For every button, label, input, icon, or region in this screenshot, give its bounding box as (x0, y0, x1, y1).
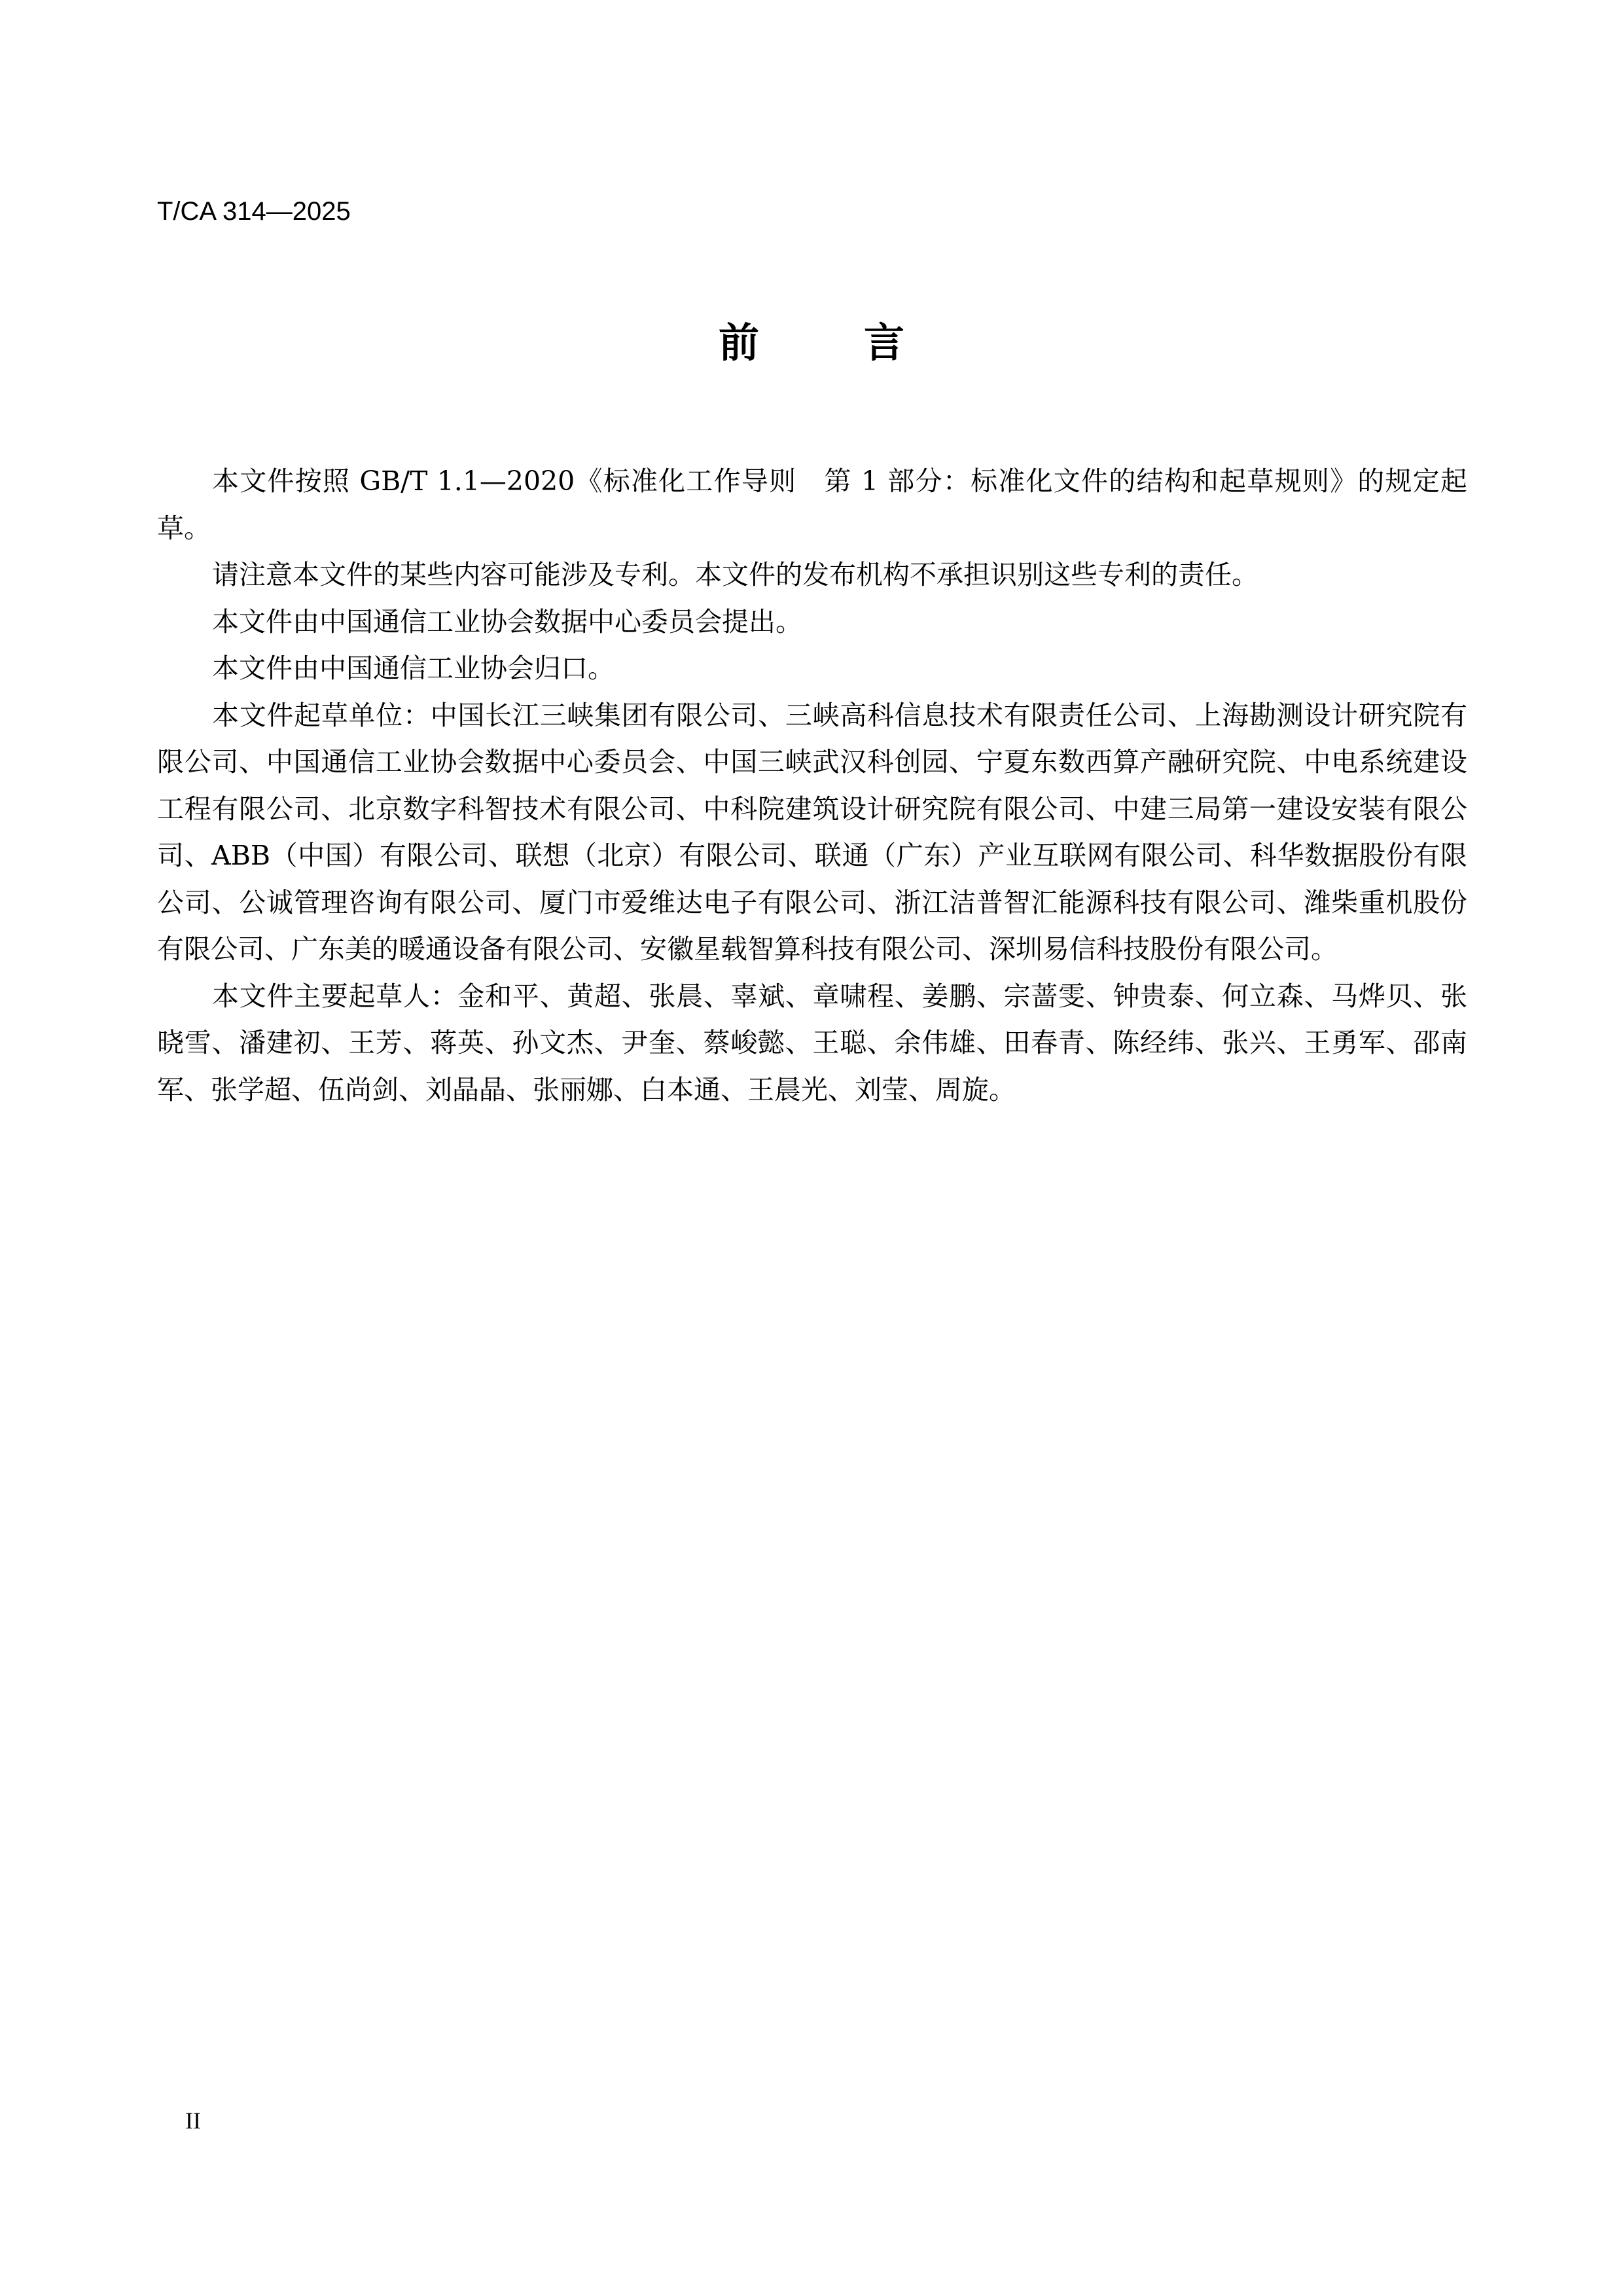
paragraph-drafting-rules: 本文件按照 GB/T 1.1—2020《标准化工作导则 第 1 部分：标准化文件… (157, 458, 1467, 552)
foreword-body: 本文件按照 GB/T 1.1—2020《标准化工作导则 第 1 部分：标准化文件… (157, 458, 1467, 1113)
paragraph-administered-by: 本文件由中国通信工业协会归口。 (157, 645, 1467, 692)
paragraph-main-drafters: 本文件主要起草人：金和平、黄超、张晨、辜斌、章啸程、姜鹏、宗蔷雯、钟贵泰、何立森… (157, 973, 1467, 1114)
paragraph-proposed-by: 本文件由中国通信工业协会数据中心委员会提出。 (157, 599, 1467, 646)
paragraph-drafting-organizations: 本文件起草单位：中国长江三峡集团有限公司、三峡高科信息技术有限责任公司、上海勘测… (157, 692, 1467, 973)
page-title: 前言 (0, 319, 1623, 367)
page-title-char-1: 前 (719, 319, 759, 367)
paragraph-patent-notice: 请注意本文件的某些内容可能涉及专利。本文件的发布机构不承担识别这些专利的责任。 (157, 552, 1467, 599)
standard-number-header: T/CA 314—2025 (157, 195, 351, 228)
page-title-char-2: 言 (864, 319, 904, 367)
page-number: II (185, 2106, 201, 2135)
